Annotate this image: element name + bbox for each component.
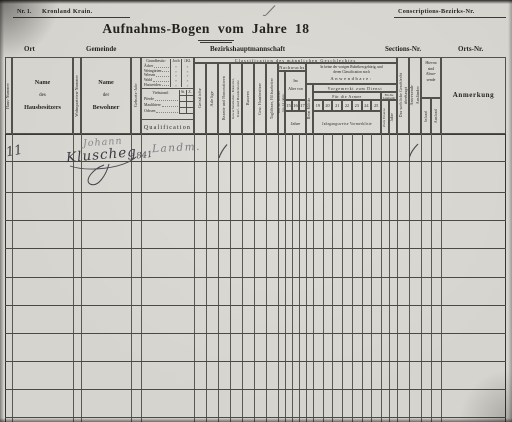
grundbesitz-section: Grundbesitz: Joch □Kl. Äcker„„ Weingärte… (142, 58, 193, 89)
beim-militaer-col: Beim Militär (306, 84, 313, 134)
bewohner-line3: Bewohner (93, 104, 120, 111)
grid-line-vertical (266, 134, 267, 422)
nachwuchs-alter-header: Im Alter von (285, 71, 306, 100)
auslaender-label: Ausländer (416, 86, 420, 104)
alter-line2: Alter von (288, 87, 302, 92)
grid-line-vertical (292, 134, 293, 422)
grid-line-vertical (313, 134, 314, 422)
wohnparteien-label: Wohnparteien-Nummer (75, 75, 79, 117)
grid-line-vertical (306, 134, 307, 422)
vormerkliste-label: Jahrgangsweise Vormerkliste (322, 122, 372, 126)
grid-line-vertical (285, 134, 286, 422)
grid-line-vertical (206, 134, 207, 422)
abwesend-inland-col: Inland (421, 98, 431, 134)
armee-age-cell: 20 (323, 100, 333, 111)
grid-line-vertical (278, 134, 279, 422)
grid-line-vertical (381, 134, 382, 422)
grid-line-vertical (73, 134, 74, 422)
class-col-label: Geistliche (197, 88, 202, 108)
age-cell-16: 16 (292, 100, 299, 111)
armee-age-cell: 21 (332, 100, 342, 111)
qualification-box: Grundbesitz: Joch □Kl. Äcker„„ Weingärte… (141, 57, 194, 134)
grund-row-label: Hutweiden (142, 83, 161, 88)
age-cell-15: 15 (285, 100, 292, 111)
census-form-sheet: Nr. 1. Kronland Krain. Conscriptions-Bez… (0, 0, 512, 422)
zum-ersatze-label: Zum Ersatze (383, 108, 386, 127)
armee-header: Für die Armee (313, 92, 381, 100)
grid-line-horizontal (5, 361, 506, 362)
class-col-bauern: Bauern (242, 63, 254, 134)
landwehr-sub1-col: Zum Ersatze (381, 100, 389, 134)
grid-line-vertical (230, 134, 231, 422)
viehstand-section: Viehstand: St. Z. Pferde Maulthiere Ochs… (142, 89, 193, 120)
armee-note-cell: Jahrgangsweise Vormerkliste (313, 111, 381, 134)
anwendbare-note-line2: deren Classification noch (307, 70, 396, 75)
armee-label: Für die Armee (332, 94, 362, 99)
grid-line-vertical (441, 134, 442, 422)
grid-line-vertical (323, 134, 324, 422)
weiblich-label: überhaupt (404, 87, 408, 104)
age-cell-17: 17 (299, 100, 306, 111)
class-col-label: Adelige (209, 91, 214, 107)
alter-line1: Im (293, 79, 297, 84)
col-header-haus-nummer: Haus-Nummer (5, 57, 12, 134)
class-col-label: Beamte und Honoratioren (222, 76, 226, 120)
grid-line-vertical (389, 134, 390, 422)
grid-line-vertical (371, 134, 372, 422)
nachwuchs-birth-to-14-col: Von der Geburt bis 14 Jahre (278, 71, 285, 134)
grid-line-vertical (332, 134, 333, 422)
grid-line-vertical (352, 134, 353, 422)
anwendbare-note-line1: In keine der vorigen Rubriken gehörig, u… (307, 64, 396, 70)
entry-qualification: Landm. (152, 141, 202, 156)
haus-nummer-label: Haus-Nummer (6, 83, 10, 109)
vieh-row-label: Ochsen (142, 109, 155, 114)
class-col-label: Gewerbsinhaber, Künstler, (232, 78, 236, 119)
class-col-gewerbsleute: Gewerbsinhaber, Künstler, Kauf- und Hand… (230, 63, 242, 134)
nachwuchs-header: Nachwuchs (278, 63, 306, 71)
grid-line-vertical (362, 134, 363, 422)
class-col-hausbesitzer: Gew. Hausbesitzer (254, 63, 266, 134)
grid-line-horizontal (5, 333, 506, 334)
grid-line-vertical (12, 134, 13, 422)
ausland-label: Ausland (434, 109, 438, 123)
armee-age-cell: 25 (371, 100, 381, 111)
weiblich-label: Das weibliche Geschlecht (399, 73, 403, 117)
hausbesitzer-line3: Hausbesitzers (24, 104, 61, 111)
bewohner-line2: der (103, 93, 109, 99)
classification-band-label: Classification des männlichen Geschlecht… (235, 58, 357, 63)
landwehr-header: Für die Landwehr (381, 92, 397, 100)
col-header-anmerkung: Anmerkung (441, 57, 506, 134)
anwendbare-note-box: In keine der vorigen Rubriken gehörig, u… (306, 63, 397, 84)
col-header-weiblich: Das weibliche Geschlecht überhaupt (397, 57, 409, 134)
grid-line-vertical (242, 134, 243, 422)
grid-line-vertical (299, 134, 300, 422)
grid-line-horizontal (5, 192, 506, 193)
grid-line-vertical (141, 134, 142, 422)
vorgemerkt-header: Vorgemerkt zum Dienst (313, 84, 397, 92)
col-header-hausbesitzer: Name des Hausbesitzers (12, 57, 73, 134)
armee-age-cell: 23 (352, 100, 362, 111)
grid-line-vertical (431, 134, 432, 422)
grid-line-vertical (194, 134, 195, 422)
class-col-adelige: Adelige (206, 63, 218, 134)
grund-value: „ (170, 83, 181, 88)
nachwuchs-title: Nachwuchs (279, 65, 305, 70)
abwesend-line4: sende (422, 78, 440, 84)
class-col-taglöhner: Taglöhner, Hilfsarbeiter (266, 63, 278, 134)
grid-line-vertical (409, 134, 410, 422)
grid-line-vertical (397, 134, 398, 422)
grid-line-horizontal (5, 417, 506, 418)
col-header-bewohner: Name der Bewohner (81, 57, 131, 134)
vieh-col2-label: Z. (186, 90, 193, 96)
anwendbare-title: Anwendbare: (307, 76, 396, 81)
col-header-auslaender: Anwesende Ausländer (409, 57, 421, 134)
grid-line-horizontal (5, 389, 506, 390)
inland-label: Inland (424, 111, 428, 122)
landwehr-sub2-col: Jahre (389, 100, 397, 134)
grid-line-horizontal (5, 248, 506, 249)
vieh-col1-label: St. (179, 90, 186, 96)
grid-line-horizontal (5, 277, 506, 278)
class-col-label: Gew. Hausbesitzer (258, 83, 262, 115)
class-col-geistliche: Geistliche (194, 63, 206, 134)
col-header-geburtsjahr: Geburts-Jahr (131, 57, 141, 134)
armee-age-cell: 19 (313, 100, 323, 111)
auslaender-label: Anwesende (410, 85, 414, 105)
class-col-label: Bauern (245, 91, 250, 105)
bewohner-line1: Name (98, 79, 113, 86)
entry-haus-nr: 11 (5, 143, 24, 161)
grid-line-horizontal (5, 220, 506, 221)
grid-line-vertical (254, 134, 255, 422)
anmerkung-label: Anmerkung (453, 91, 495, 99)
hausbesitzer-line2: des (39, 93, 46, 99)
landwehr-jahre-label: Jahre (391, 113, 395, 122)
grid-line-vertical (218, 134, 219, 422)
qualification-footer: Qualification (142, 120, 193, 135)
geburtsjahr-label: Geburts-Jahr (134, 83, 138, 107)
qualification-label: Qualification (144, 125, 191, 131)
armee-age-cell: 22 (342, 100, 352, 111)
grund-value: „ (181, 83, 193, 88)
abwesend-ausland-col: Ausland (431, 98, 441, 134)
grid-line-horizontal (5, 305, 506, 306)
grid-line-vertical (421, 134, 422, 422)
grid-line-vertical (131, 134, 132, 422)
abwesend-header: Hievon sind Abwe- sende (421, 57, 441, 98)
hausbesitzer-line1: Name (35, 79, 50, 86)
class-col-label: Taglöhner, Hilfsarbeiter (270, 78, 274, 119)
class-col-label: Kauf- und Handelsleute (237, 80, 241, 117)
nachwuchs-unit-cell: Jahre (285, 111, 306, 134)
jahre-label: Jahre (291, 121, 301, 126)
vorgemerkt-label: Vorgemerkt zum Dienst (328, 86, 383, 91)
class-col-beamte: Beamte und Honoratioren (218, 63, 230, 134)
armee-age-cell: 24 (362, 100, 372, 111)
grid-line-vertical (342, 134, 343, 422)
col-header-wohnparteien-nummer: Wohnparteien-Nummer (73, 57, 81, 134)
vieh-row-label: Pferde (142, 97, 154, 102)
abwesend-line1: Hievon (422, 58, 440, 67)
grid-line-vertical (81, 134, 82, 422)
beim-militaer-label: Beim Militär (308, 98, 312, 119)
